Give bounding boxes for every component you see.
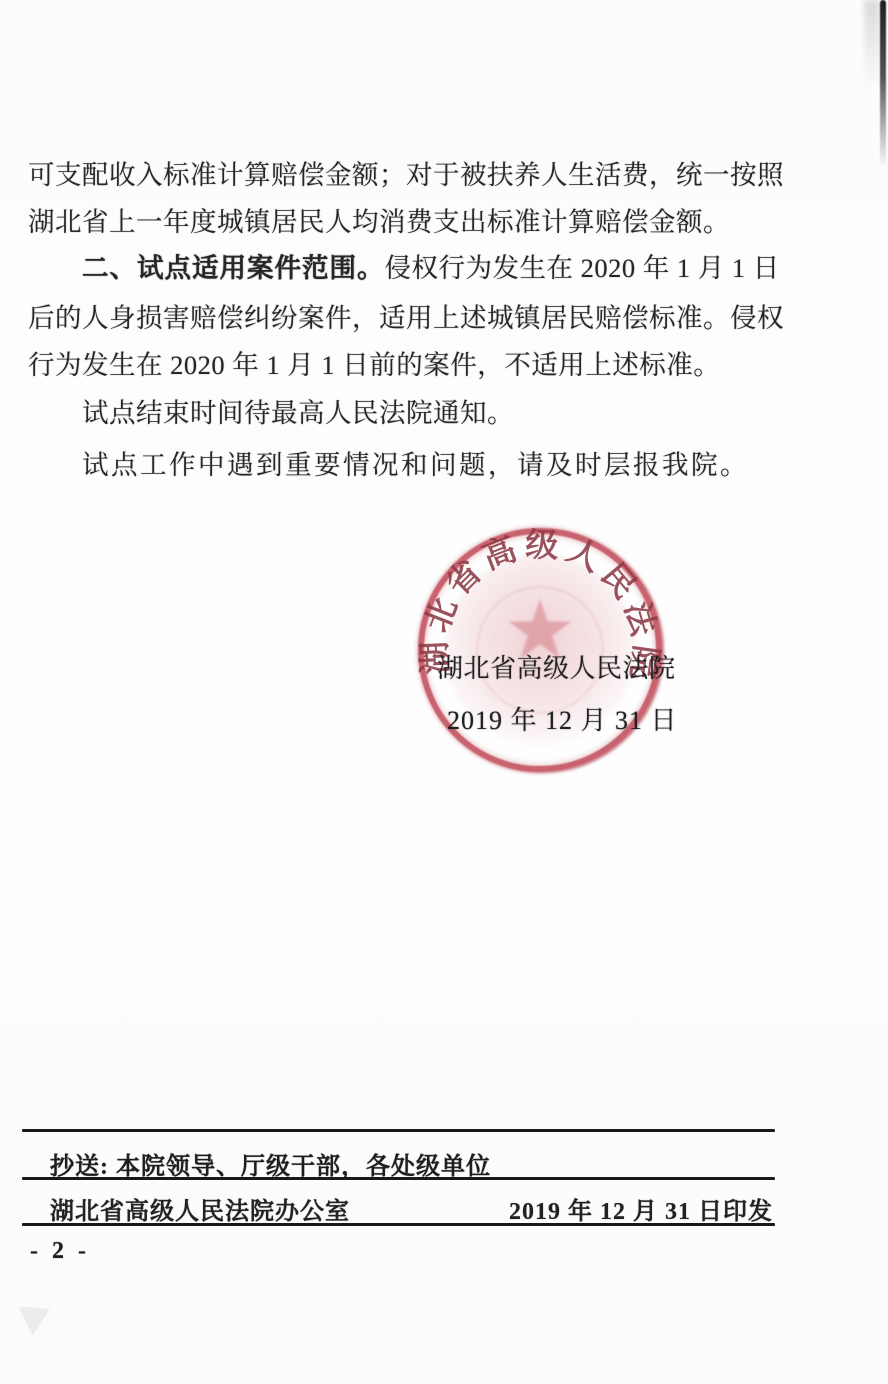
scan-artifact-smudge — [18, 1306, 50, 1336]
body-line-3: 二、试点适用案件范围。侵权行为发生在 2020 年 1 月 1 日 — [28, 249, 827, 287]
footer-print-date: 2019 年 12 月 31 日印发 — [509, 1191, 773, 1226]
body-line-2: 湖北省上一年度城镇居民人均消费支出标准计算赔偿金额。 — [28, 203, 773, 241]
footer-issuing-office: 湖北省高级人民法院办公室 — [50, 1191, 350, 1226]
signature-date: 2019 年 12 月 31 日 — [447, 700, 678, 737]
scan-artifact-streak — [880, 0, 886, 168]
body-line-1: 可支配收入标准计算赔偿金额；对于被扶养人生活费，统一按照 — [28, 156, 773, 194]
section-heading-continuation: 侵权行为发生在 2020 年 1 月 1 日 — [385, 253, 780, 283]
scan-artifact-shadow — [864, 0, 880, 90]
footer-cc-line: 抄送: 本院领导、厅级干部，各处级单位 — [50, 1146, 491, 1181]
body-line-5: 行为发生在 2020 年 1 月 1 日前的案件，不适用上述标准。 — [28, 346, 773, 384]
body-line-4: 后的人身损害赔偿纠纷案件，适用上述城镇居民赔偿标准。侵权 — [28, 299, 773, 337]
body-line-7: 试点工作中遇到重要情况和问题，请及时层报我院。 — [28, 446, 827, 484]
footer-rule-top — [22, 1129, 775, 1132]
body-line-6: 试点结束时间待最高人民法院通知。 — [28, 394, 827, 432]
footer-rule-bottom — [22, 1223, 775, 1226]
section-heading: 二、试点适用案件范围。 — [82, 253, 385, 283]
footer-rule-middle — [22, 1177, 775, 1180]
signature-org: 湖北省高级人民法院 — [437, 648, 676, 685]
scanned-document-page: 可支配收入标准计算赔偿金额；对于被扶养人生活费，统一按照 湖北省上一年度城镇居民… — [0, 0, 888, 1384]
page-number: - 2 - — [30, 1238, 90, 1265]
